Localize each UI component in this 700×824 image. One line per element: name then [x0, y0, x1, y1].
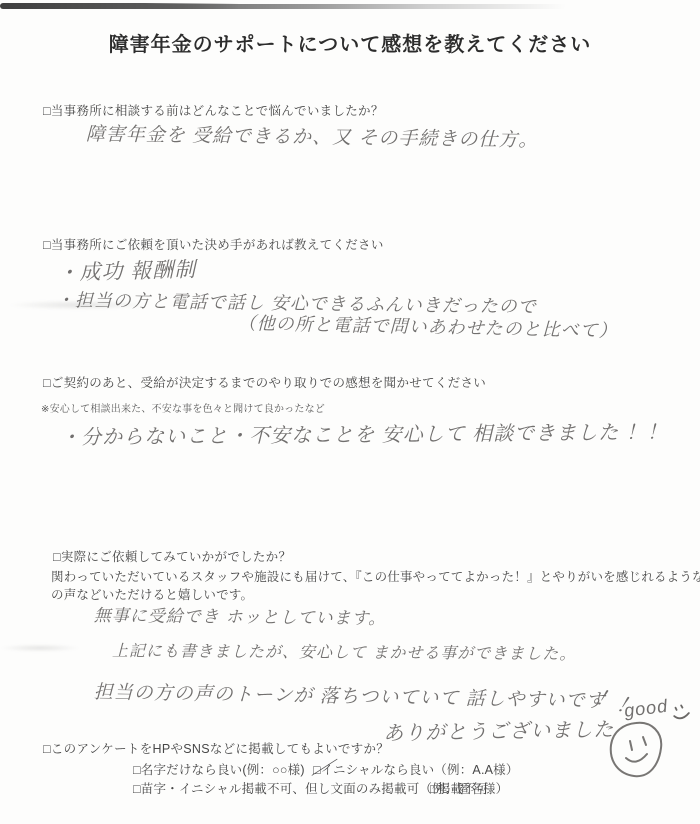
question-2-handwritten-answer-line1: ・成功 報酬制: [57, 253, 197, 287]
question-3-hint-note: ※安心して相談出来た、不安な事を色々と聞けて良かったなど: [41, 400, 325, 415]
option-lastname-only: □名字だけなら良い(例：○○様): [133, 760, 305, 778]
question-2-handwritten-answer-line3: （他の所と電話で問いあわせたのと比べて）: [237, 309, 617, 343]
question-4-handwritten-answer-line3: 担当の方の声のトーンが 落ちついていて 話しやすいです: [94, 677, 606, 713]
option-initials-ok-label: □イニシャルなら良い（例：A.A様）: [313, 763, 519, 777]
option-lastname-only-label: □名字だけなら良い(例：○○様): [133, 763, 305, 777]
question-1-handwritten-answer: 障害年金を 受給できるか、又 その手続きの仕方。: [86, 119, 539, 152]
question-4-label: □実際にご依頼してみていかがでしたか？: [53, 547, 291, 565]
question-4-handwritten-answer-line2: 上記にも書きましたが、安心して まかせる事ができました。: [112, 638, 577, 664]
tiny-smiley-doodle-icon: [669, 701, 697, 726]
option-initials-ok: ／ □イニシャルなら良い（例：A.A様）: [313, 760, 519, 778]
question-3-handwritten-answer: ・分からないこと・不安なことを 安心して 相談できました ！！: [60, 416, 668, 450]
question-1-label: □当事務所に相談する前はどんなことで悩んでいましたか？: [43, 101, 384, 119]
question-4-description-line2: の声などいただけると嬉しいです。: [51, 585, 253, 603]
option-no-publication-label: □掲載不可: [430, 782, 489, 796]
question-2-label: □当事務所にご依頼を頂いた決め手があれば教えてください: [43, 235, 384, 253]
question-5-label: □このアンケートをHPやSNSなどに掲載してもよいですか？: [43, 739, 389, 757]
scan-smudge: [0, 644, 80, 652]
scanned-survey-page: 障害年金のサポートについて感想を教えてください □当事務所に相談する前はどんなこ…: [0, 0, 700, 824]
page-title: 障害年金のサポートについて感想を教えてください: [0, 28, 700, 57]
scan-artifact-line-dark: [0, 3, 240, 9]
question-4-description-line1: 関わっていただいているスタッフや施設にも届けて、『この仕事やっててよかった！』と…: [51, 567, 700, 585]
question-4-handwritten-answer-line1: 無事に受給でき ホッとしています。: [94, 601, 387, 629]
handwritten-good: good: [623, 696, 669, 722]
handwritten-thanks: ありがとうございました: [383, 713, 614, 746]
option-no-publication: □掲載不可: [430, 779, 489, 797]
question-3-label: □ご契約のあと、受給が決定するまでのやり取りでの感想を聞かせてください: [43, 373, 486, 391]
smiley-face-doodle-icon: [604, 719, 668, 781]
